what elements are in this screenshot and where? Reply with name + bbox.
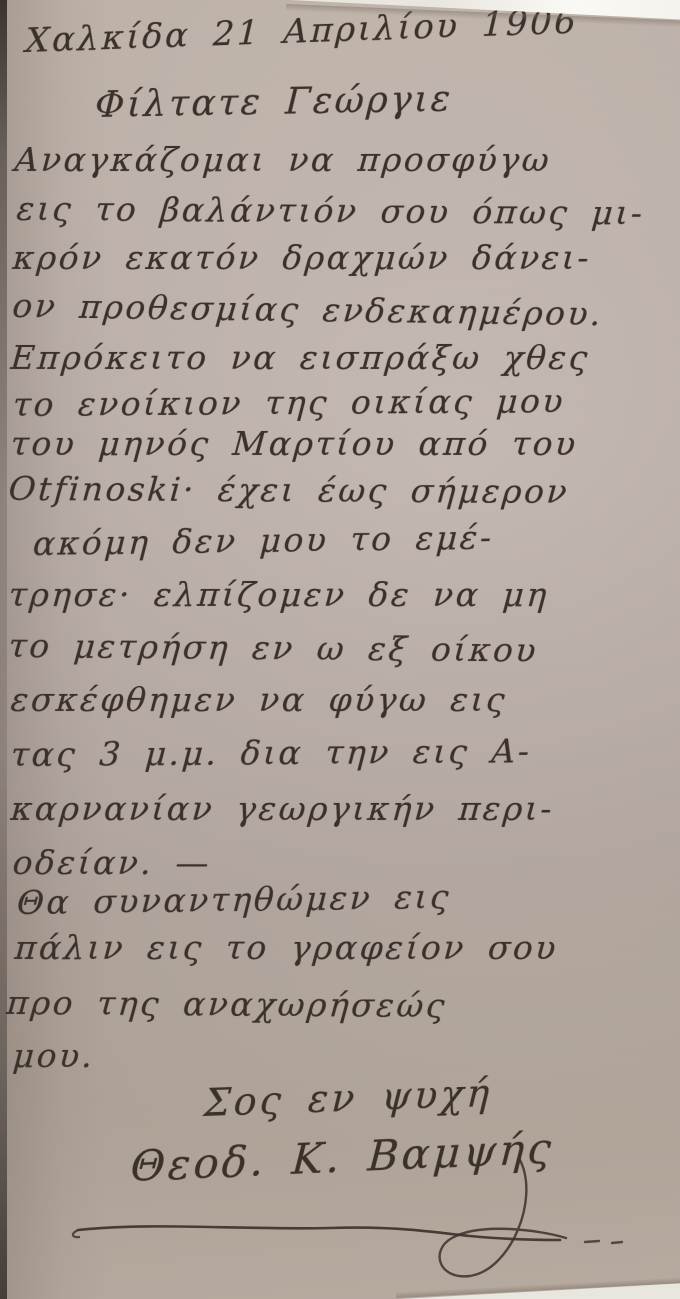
letter-line: τας 3 μ.μ. δια την εις Α- (10, 734, 533, 771)
photo-left-edge (0, 0, 7, 1299)
letter-photo: Χαλκίδα 21 Απριλίου 1906 Φίλτατε Γεώργιε… (0, 0, 680, 1299)
letter-line: κρόν εκατόν δραχμών δάνει- (12, 241, 593, 274)
letter-line: ακόμη δεν μου το εμέ- (32, 521, 494, 560)
paper-bottom-edge-shadow (396, 1277, 680, 1298)
letter-line: πάλιν εις το γραφείον σου (14, 931, 559, 964)
letter-line: το μετρήση εν ω εξ οίκου (7, 629, 539, 667)
letter-line: το ενοίκιον της οικίας μου (12, 384, 566, 421)
signature: Θεοδ. Κ. Βαμψής (129, 1128, 555, 1189)
letter-paper: Χαλκίδα 21 Απριλίου 1906 Φίλτατε Γεώργιε… (0, 0, 680, 1299)
letter-line: τρησε· ελπίζομεν δε να μη (8, 578, 550, 611)
letter-line: καρνανίαν γεωργικήν περι- (10, 792, 556, 825)
letter-line: προ της αναχωρήσεώς (5, 986, 448, 1022)
letter-line: Otfinoski· έχει έως σήμερον (8, 472, 571, 508)
closing-line: Σος εν ψυχή (203, 1074, 493, 1122)
letter-line: Αναγκάζομαι να προσφύγω (14, 143, 553, 176)
letter-line: εσκέφθημεν να φύγω εις (10, 683, 509, 716)
salutation: Φίλτατε Γεώργιε (94, 82, 453, 124)
letter-line: ον προθεσμίας ενδεκαημέρου. (11, 289, 604, 330)
letter-line: οδείαν. — (12, 846, 213, 879)
letter-line: Επρόκειτο να εισπράξω χθες (10, 341, 591, 374)
letter-line: μου. (12, 1039, 96, 1072)
letter-line: Θα συναντηθώμεν εις (16, 880, 452, 919)
letter-line: εις το βαλάντιόν σου όπως μι- (15, 192, 645, 229)
letter-line: του μηνός Μαρτίου από του (10, 427, 579, 460)
